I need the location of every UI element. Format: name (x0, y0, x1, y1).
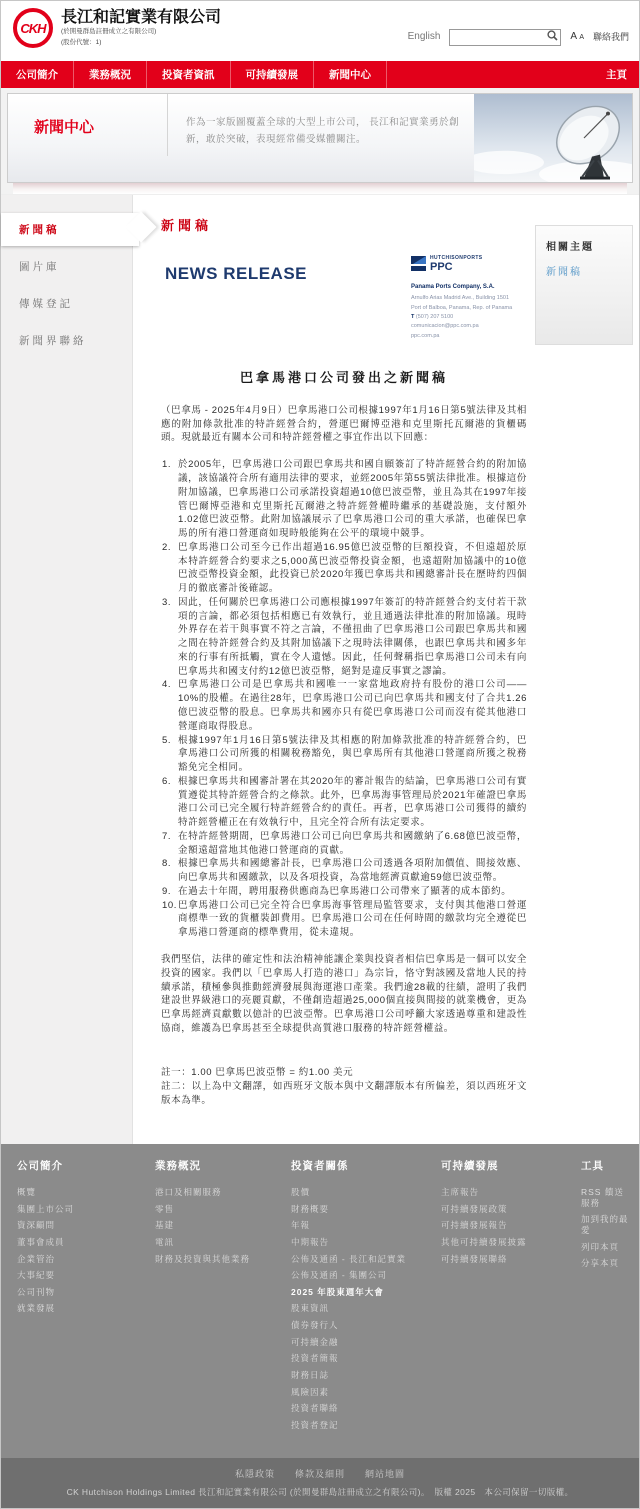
language-toggle-link[interactable]: English (408, 31, 441, 42)
footer-link[interactable]: 概覽 (17, 1187, 145, 1198)
search-icon[interactable] (547, 30, 558, 41)
footer-link[interactable]: 其他可持續發展披露 (441, 1237, 571, 1248)
article-list-number-2: 2. (161, 541, 178, 596)
article-list-text-2: 巴拿馬港口公司至今已作出超過16.95億巴波亞幣的巨額投資，不但遠超於原本特許經… (178, 541, 527, 596)
content: 新聞稿圖片庫傳媒登記新聞界聯絡 新聞稿 NEWS RELEASE HUTCHIS… (1, 194, 639, 1144)
ppc-letterhead-block: HUTCHISONPORTS PPC Panama Ports Company,… (411, 256, 523, 341)
article-list-item-8: 8.根據巴拿馬共和國總審計長，巴拿馬港口公司透過各項附加價值、間接效應、向巴拿馬… (161, 857, 527, 885)
article-numbered-list: 1.於2005年，巴拿馬港口公司跟巴拿馬共和國自願簽訂了特許經營合約的附加協議，… (161, 458, 527, 940)
news-center-banner: 新聞中心 作為一家版圖覆蓋全球的大型上市公司， 長江和記實業勇於創新，敢於突破，… (7, 93, 633, 183)
article-list-number-1: 1. (161, 458, 178, 541)
ppc-logo-text: HUTCHISONPORTS PPC (430, 256, 483, 273)
company-logo[interactable]: CKH 長江和記實業有限公司 (於開曼群島註冊成立之有限公司) (股份代號：1) (13, 8, 221, 48)
sidebar-item-2[interactable]: 圖片庫 (1, 250, 132, 283)
article-closing: 我們堅信，法律的確定性和法治精神能讓企業與投資者相信巴拿馬是一個可以安全投資的國… (161, 953, 527, 1036)
header-utilities: English A A 聯絡我們 (408, 27, 629, 46)
footer: 公司簡介概覽集團上市公司資深顧問董事會成員企業管治大事紀要公司刊物就業發展業務概… (1, 1144, 639, 1458)
footer-column-title-4: 可持續發展 (441, 1158, 571, 1173)
article-list-text-4: 巴拿馬港口公司是巴拿馬共和國唯一一家當地政府持有股份的港口公司——10%的股權。… (178, 678, 527, 733)
sidebar-nav: 新聞稿圖片庫傳媒登記新聞界聯絡 (1, 195, 133, 1144)
article-list-item-5: 5.根據1997年1月16日第5號法律及其相應的附加條款批准的特許經營合約，巴拿… (161, 734, 527, 775)
article-list-number-4: 4. (161, 678, 178, 733)
article-list-text-7: 在特許經營期間，巴拿馬港口公司已向巴拿馬共和國繳納了6.68億巴波亞幣，金額遠超… (178, 830, 527, 858)
footer-bottom-bar: 私隱政策條款及細則網站地圖 CK Hutchison Holdings Limi… (1, 1458, 639, 1508)
footer-column-title-1: 公司簡介 (17, 1158, 145, 1173)
page-title: 新聞稿 (161, 215, 527, 234)
footer-legal-links: 私隱政策條款及細則網站地圖 (1, 1467, 639, 1480)
footer-link[interactable]: 列印本頁 (581, 1242, 629, 1253)
footer-link[interactable]: 可持續發展報告 (441, 1220, 571, 1231)
article-title: 巴拿馬港口公司發出之新聞稿 (161, 367, 527, 386)
footer-link[interactable]: 財務及投資與其他業務 (155, 1254, 281, 1265)
article-note-1: 註一：1.00 巴拿馬巴波亞幣 = 約1.00 美元 (161, 1066, 527, 1080)
article-list-text-3: 因此，任何關於巴拿馬港口公司應根據1997年簽訂的特許經營合約支付若干款項的言論… (178, 596, 527, 679)
article-body: （巴拿馬 - 2025年4月9日）巴拿馬港口公司根據1997年1月16日第5號法… (161, 404, 527, 1108)
related-topics-links: 新聞稿 (546, 263, 622, 278)
header: CKH 長江和記實業有限公司 (於開曼群島註冊成立之有限公司) (股份代號：1)… (1, 1, 639, 61)
company-identity: 長江和記實業有限公司 (於開曼群島註冊成立之有限公司) (股份代號：1) (61, 8, 221, 48)
footer-link[interactable]: 集團上市公司 (17, 1204, 145, 1215)
article-list-text-9: 在過去十年間，聘用服務供應商為巴拿馬港口公司帶來了顯著的成本節約。 (178, 885, 527, 899)
ppc-company-name: Panama Ports Company, S.A. (411, 282, 523, 292)
font-size-controls[interactable]: A A (570, 31, 584, 42)
sidebar-item-4[interactable]: 新聞界聯絡 (1, 324, 132, 357)
footer-link[interactable]: 董事會成員 (17, 1237, 145, 1248)
footer-link[interactable]: 2025 年股東週年大會 (291, 1287, 431, 1298)
footer-link[interactable]: 年報 (291, 1220, 431, 1231)
related-topics-column: 相關主題 新聞稿 (535, 195, 639, 1144)
footer-link[interactable]: 加到我的最愛 (581, 1214, 629, 1235)
article-intro: （巴拿馬 - 2025年4月9日）巴拿馬港口公司根據1997年1月16日第5號法… (161, 404, 527, 445)
article-list-item-3: 3.因此，任何關於巴拿馬港口公司應根據1997年簽訂的特許經營合約支付若干款項的… (161, 596, 527, 679)
footer-column-4: 可持續發展主席報告可持續發展政策可持續發展報告其他可持續發展披露可持續發展聯絡 (441, 1158, 581, 1436)
page: CKH 長江和記實業有限公司 (於開曼群島註冊成立之有限公司) (股份代號：1)… (0, 0, 640, 1509)
satellite-dish-image (474, 94, 632, 182)
footer-link[interactable]: 公佈及通函 - 長江和記實業 (291, 1254, 431, 1265)
legal-link-1[interactable]: 私隱政策 (235, 1467, 275, 1480)
footer-link[interactable]: 風險因素 (291, 1387, 431, 1398)
font-size-large-icon[interactable]: A (570, 31, 576, 42)
banner-wrapper: 新聞中心 作為一家版圖覆蓋全球的大型上市公司， 長江和記實業勇於創新，敢於突破，… (1, 88, 639, 194)
search-box (449, 27, 561, 46)
footer-column-1: 公司簡介概覽集團上市公司資深顧問董事會成員企業管治大事紀要公司刊物就業發展 (17, 1158, 155, 1436)
sidebar-item-3[interactable]: 傳媒登記 (1, 287, 132, 320)
related-topic-link-1[interactable]: 新聞稿 (546, 263, 622, 278)
company-name: 長江和記實業有限公司 (61, 8, 221, 27)
footer-link[interactable]: 主席報告 (441, 1187, 571, 1198)
footer-link[interactable]: 基建 (155, 1220, 281, 1231)
article-list-item-9: 9.在過去十年間，聘用服務供應商為巴拿馬港口公司帶來了顯著的成本節約。 (161, 885, 527, 899)
article-list-item-1: 1.於2005年，巴拿馬港口公司跟巴拿馬共和國自願簽訂了特許經營合約的附加協議，… (161, 458, 527, 541)
article-list-number-3: 3. (161, 596, 178, 679)
letterhead: NEWS RELEASE HUTCHISONPORTS PPC Panama P… (161, 256, 527, 341)
footer-link[interactable]: 公司刊物 (17, 1287, 145, 1298)
banner-shadow (13, 183, 627, 194)
footer-link[interactable]: 資深顧問 (17, 1220, 145, 1231)
ppc-label: PPC (430, 262, 483, 273)
footer-link[interactable]: 公佈及通函 - 集團公司 (291, 1270, 431, 1281)
contact-us-link[interactable]: 聯絡我們 (593, 30, 629, 43)
ppc-logo-icon (411, 256, 426, 271)
footer-link[interactable]: 大事紀要 (17, 1270, 145, 1281)
article-list-item-7: 7.在特許經營期間，巴拿馬港口公司已向巴拿馬共和國繳納了6.68億巴波亞幣，金額… (161, 830, 527, 858)
footer-link[interactable]: 投資者聯絡 (291, 1403, 431, 1414)
footer-column-5: 工具RSS 饋送服務加到我的最愛列印本頁分享本頁 (581, 1158, 639, 1436)
ppc-email[interactable]: comunicacion@ppc.com.pa (411, 322, 523, 331)
footer-link[interactable]: 股東資訊 (291, 1303, 431, 1314)
nav-items: 公司簡介業務概況投資者資訊可持續發展新聞中心 (1, 61, 387, 88)
footer-link[interactable]: 電訊 (155, 1237, 281, 1248)
nav-item-2[interactable]: 業務概況 (74, 61, 147, 88)
footer-link[interactable]: 可持續發展政策 (441, 1204, 571, 1215)
article-list-text-6: 根據巴拿馬共和國審計署在其2020年的審計報告的結論，巴拿馬港口公司有實質遵從其… (178, 775, 527, 830)
company-subtitle-1: (於開曼群島註冊成立之有限公司) (61, 27, 221, 37)
article-notes: 註一：1.00 巴拿馬巴波亞幣 = 約1.00 美元 註二：以上為中文翻譯，如西… (161, 1066, 527, 1108)
hutchison-ports-ppc-logo: HUTCHISONPORTS PPC (411, 256, 523, 273)
article-list-text-10: 巴拿馬港口公司已完全符合巴拿馬海事管理局監管要求，支付與其他港口營運商標準一致的… (178, 899, 527, 940)
ppc-phone: T (507) 207 5100 (411, 313, 523, 322)
footer-column-title-5: 工具 (581, 1158, 629, 1173)
article-list-text-1: 於2005年，巴拿馬港口公司跟巴拿馬共和國自願簽訂了特許經營合約的附加協議，該協… (178, 458, 527, 541)
ppc-address-line-1: Arnulfo Arias Madrid Ave., Building 1501 (411, 294, 523, 303)
article-list-number-5: 5. (161, 734, 178, 775)
footer-link[interactable]: 可持續發展聯絡 (441, 1254, 571, 1265)
nav-item-3[interactable]: 投資者資訊 (147, 61, 231, 88)
ppc-website[interactable]: ppc.com.pa (411, 332, 523, 341)
copyright-text: CK Hutchison Holdings Limited 長江和記實業有限公司… (1, 1486, 639, 1498)
legal-link-3[interactable]: 網站地圖 (365, 1467, 405, 1480)
article-list-item-6: 6.根據巴拿馬共和國審計署在其2020年的審計報告的結論，巴拿馬港口公司有實質遵… (161, 775, 527, 830)
company-subtitle-2: (股份代號：1) (61, 38, 221, 48)
article-list-item-4: 4.巴拿馬港口公司是巴拿馬共和國唯一一家當地政府持有股份的港口公司——10%的股… (161, 678, 527, 733)
footer-column-title-3: 投資者關係 (291, 1158, 431, 1173)
article-list-text-5: 根據1997年1月16日第5號法律及其相應的附加條款批准的特許經營合約，巴拿馬港… (178, 734, 527, 775)
main-article: 新聞稿 NEWS RELEASE HUTCHISONPORTS PPC (133, 195, 535, 1144)
ckh-logo-icon: CKH (13, 8, 53, 48)
footer-link[interactable]: 中期報告 (291, 1237, 431, 1248)
related-topics-title: 相關主題 (546, 238, 622, 253)
footer-link[interactable]: RSS 饋送服務 (581, 1187, 629, 1208)
article-note-2: 註二：以上為中文翻譯，如西班牙文版本與中文翻譯版本有所偏差，須以西班牙文版本為準… (161, 1080, 527, 1108)
footer-link[interactable]: 零售 (155, 1204, 281, 1215)
footer-column-title-2: 業務概況 (155, 1158, 281, 1173)
footer-link[interactable]: 就業發展 (17, 1303, 145, 1314)
footer-link[interactable]: 財務日誌 (291, 1370, 431, 1381)
related-topics-panel: 相關主題 新聞稿 (535, 225, 633, 345)
news-release-wordmark: NEWS RELEASE (165, 264, 307, 341)
article-list-number-10: 10. (161, 899, 178, 940)
article-list-number-9: 9. (161, 885, 178, 899)
legal-link-2[interactable]: 條款及細則 (295, 1467, 345, 1480)
footer-link[interactable]: 財務概要 (291, 1204, 431, 1215)
footer-link[interactable]: 債券發行人 (291, 1320, 431, 1331)
banner-title: 新聞中心 (8, 94, 168, 156)
banner-description: 作為一家版圖覆蓋全球的大型上市公司， 長江和記實業勇於創新，敢於突破，表現經常備… (168, 94, 474, 182)
nav-item-4[interactable]: 可持續發展 (231, 61, 315, 88)
footer-column-3: 投資者關係股價財務概要年報中期報告公佈及通函 - 長江和記實業公佈及通函 - 集… (291, 1158, 441, 1436)
footer-link[interactable]: 分享本頁 (581, 1258, 629, 1269)
footer-link[interactable]: 港口及相關服務 (155, 1187, 281, 1198)
article-list-number-6: 6. (161, 775, 178, 830)
footer-link[interactable]: 投資者登記 (291, 1420, 431, 1431)
footer-column-2: 業務概況港口及相關服務零售基建電訊財務及投資與其他業務 (155, 1158, 291, 1436)
article-list-item-2: 2.巴拿馬港口公司至今已作出超過16.95億巴波亞幣的巨額投資，不但遠超於原本特… (161, 541, 527, 596)
ppc-address-block: Panama Ports Company, S.A. Arnulfo Arias… (411, 282, 523, 341)
nav-item-5[interactable]: 新聞中心 (314, 61, 387, 88)
sidebar-item-1[interactable]: 新聞稿 (1, 213, 139, 246)
article-list-number-7: 7. (161, 830, 178, 858)
font-size-small-icon[interactable]: A (579, 34, 584, 41)
nav-item-1[interactable]: 公司簡介 (1, 61, 74, 88)
article-list-text-8: 根據巴拿馬共和國總審計長，巴拿馬港口公司透過各項附加價值、間接效應、向巴拿馬共和… (178, 857, 527, 885)
footer-link[interactable]: 股價 (291, 1187, 431, 1198)
article-list-item-10: 10.巴拿馬港口公司已完全符合巴拿馬海事管理局監管要求，支付與其他港口營運商標準… (161, 899, 527, 940)
ppc-address-line-2: Port of Balboa, Panama, Rep. of Panama (411, 304, 523, 313)
search-input[interactable] (449, 29, 561, 46)
footer-link[interactable]: 企業管治 (17, 1254, 145, 1265)
footer-link[interactable]: 投資者簡報 (291, 1353, 431, 1364)
article-list-number-8: 8. (161, 857, 178, 885)
nav-home-link[interactable]: 主頁 (594, 61, 639, 88)
footer-link[interactable]: 可持續金融 (291, 1337, 431, 1348)
main-nav: 公司簡介業務概況投資者資訊可持續發展新聞中心 主頁 (1, 61, 639, 88)
